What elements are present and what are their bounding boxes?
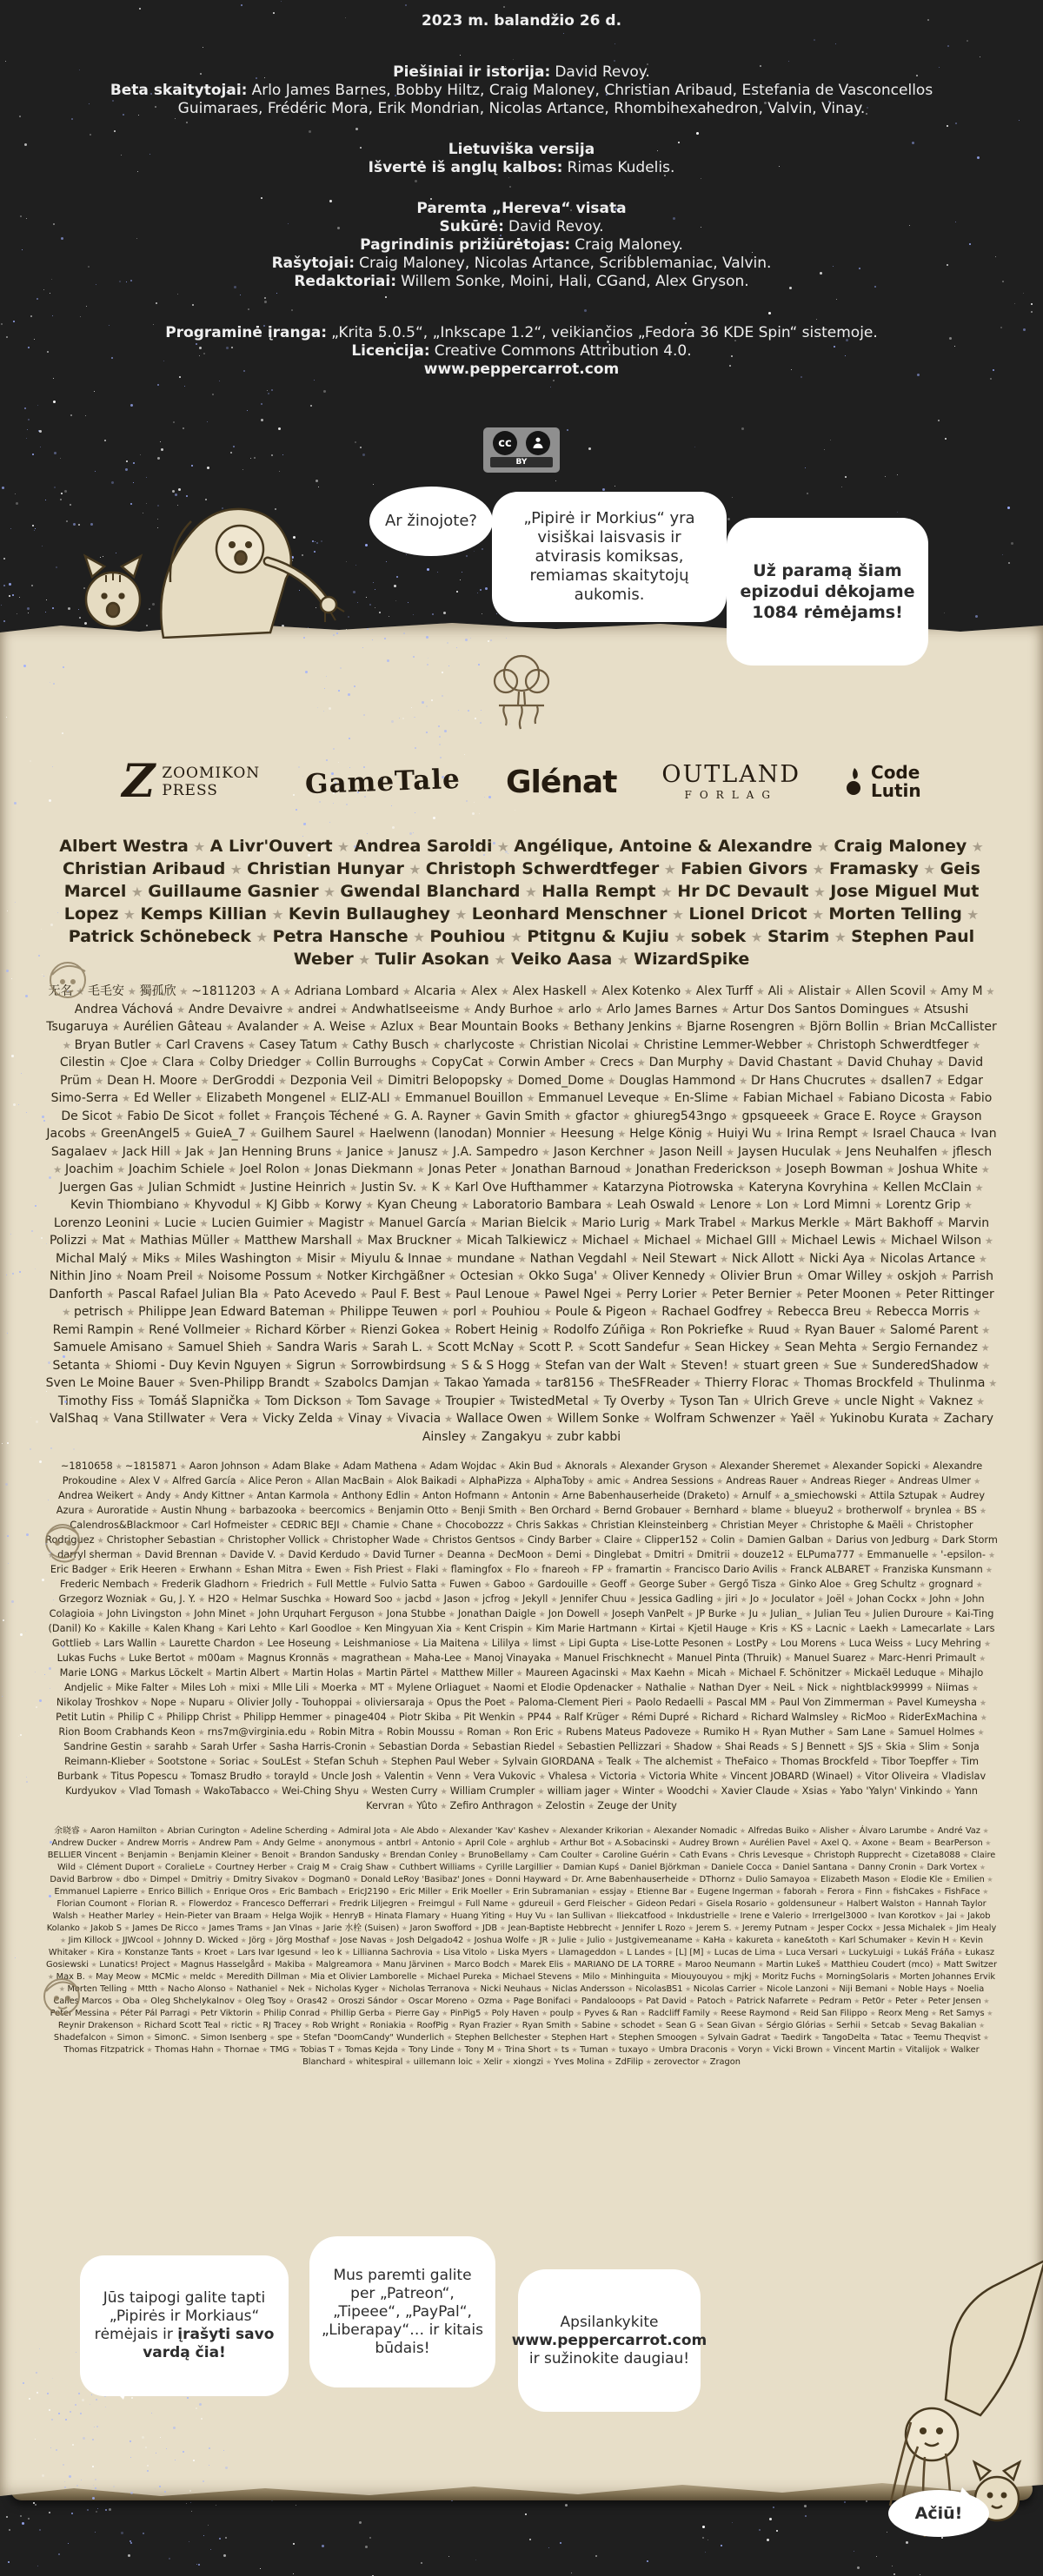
art-credit: Piešiniai ir istorija:David Revoy. — [78, 63, 965, 82]
art-value: David Revoy. — [555, 63, 650, 81]
zoomikon-press-logo: Z ZOOMIKON PRESS — [122, 759, 260, 805]
license-label: Licencija: — [351, 342, 429, 360]
editors-label: Redaktoriai: — [294, 273, 396, 290]
backers-tier2-list: 无名 ★ 毛毛安 ★ 獨孤欣 ★ ~1811203 ★ A ★ Adriana … — [45, 983, 998, 1446]
codelutin-line1: Code — [871, 764, 921, 782]
backers-tier3-list: ~1810658 ★ ~1815871 ★ Aaron Johnson ★ Ad… — [45, 1460, 998, 1814]
gametale-logo: GameTale — [305, 764, 462, 800]
person-icon — [526, 431, 550, 455]
website-url: www.peppercarrot.com — [78, 361, 965, 379]
publisher-logos-row: Z ZOOMIKON PRESS GameTale Glénat OUTLAND… — [45, 742, 998, 822]
speech-bubble-become-supporter: Jūs taipogi galite tapti „Pipirės ir Mor… — [80, 2255, 289, 2396]
lutin-icon — [846, 767, 865, 797]
translation-credit: Išvertė iš anglų kalbos:Rimas Kudelis. — [78, 159, 965, 177]
speech-bubble-free-comic: „Pipirė ir Morkius“ yra visiškai laisvas… — [492, 492, 727, 622]
cc-icon: cc — [493, 431, 517, 455]
speech-bubble-supporters-count: Už paramą šiam epizodui dėkojame 1084 rė… — [727, 518, 928, 666]
footer-website-url: www.peppercarrot.com — [512, 2332, 708, 2349]
margin-doodle-2 — [37, 1508, 89, 1585]
writers-label: Rašytojai: — [272, 255, 355, 272]
cc-by-label: BY — [490, 457, 554, 467]
translation-value: Rimas Kudelis. — [568, 159, 675, 176]
software-credit: Programinė įranga:„Krita 5.0.5“, „Inksca… — [78, 324, 965, 342]
beta-label: Beta skaitytojai: — [110, 82, 248, 99]
cat-ear-icon — [85, 556, 104, 577]
bubble-thanks-text: Ačiū! — [915, 2504, 963, 2523]
outland-line1: OUTLAND — [661, 763, 801, 786]
license-credit: Licencija:Creative Commons Attribution 4… — [78, 342, 965, 361]
bubble-join-text: Jūs taipogi galite tapti „Pipirės ir Mor… — [92, 2289, 276, 2362]
creator-label: Sukūrė: — [439, 218, 503, 235]
margin-doodle-3 — [35, 1960, 87, 2036]
software-label: Programinė įranga: — [165, 324, 327, 341]
zoomikon-line1: ZOOMIKON — [162, 765, 260, 782]
speech-bubble-did-you-know: Ar žinojote? — [369, 487, 493, 556]
speech-bubble-visit-site: Apsilankykite www.peppercarrot.com ir su… — [518, 2269, 701, 2412]
zoomikon-z-icon: Z — [122, 759, 155, 805]
bubble-support-text: Už paramą šiam epizodui dėkojame 1084 rė… — [739, 560, 916, 623]
glenat-logo: Glénat — [506, 765, 616, 800]
creator-credit: Sukūrė:David Revoy. — [78, 218, 965, 236]
outland-line2: FORLAG — [661, 789, 801, 801]
beta-value: Arlo James Barnes, Bobby Hiltz, Craig Ma… — [178, 82, 933, 117]
parchment-scroll: Z ZOOMIKON PRESS GameTale Glénat OUTLAND… — [0, 620, 1043, 2504]
code-lutin-logo: Code Lutin — [846, 764, 921, 800]
writers-credit: Rašytojai:Craig Maloney, Nicolas Artance… — [78, 255, 965, 273]
backers-tier4-list: 余晓睿 ★ Aaron Hamilton ★ Abrian Curington … — [45, 1825, 998, 2069]
maintainer-label: Pagrindinis prižiūrėtojas: — [360, 236, 570, 254]
bubble-know-text: Ar žinojote? — [385, 512, 477, 531]
bubble-ways-text: Mus paremti galite per „Patreon“, „Tipee… — [322, 2267, 483, 2358]
backers-tier1-list: Albert Westra ★ A Livr'Ouvert ★ Andrea S… — [49, 836, 994, 971]
margin-doodle-1 — [40, 945, 92, 1022]
lt-version-title: Lietuviška versija — [78, 141, 965, 159]
editors-value: Willem Sonke, Moini, Hali, CGand, Alex G… — [401, 273, 749, 290]
cc-badge-icons: cc — [493, 431, 550, 455]
outland-forlag-logo: OUTLAND FORLAG — [661, 763, 801, 801]
writers-value: Craig Maloney, Nicolas Artance, Scribble… — [359, 255, 771, 272]
episode-date: 2023 m. balandžio 26 d. — [78, 12, 965, 30]
hereva-tree-logo-icon — [473, 650, 570, 733]
translation-label: Išvertė iš anglų kalbos: — [369, 159, 563, 176]
software-value: „Krita 5.0.5“, „Inkscape 1.2“, veikianči… — [331, 324, 878, 341]
bubble-free-text: „Pipirė ir Morkius“ yra visiškai laisvas… — [504, 509, 714, 605]
hereva-title: Paremta „Hereva“ visata — [78, 200, 965, 218]
zoomikon-line2: PRESS — [162, 782, 260, 799]
license-value: Creative Commons Attribution 4.0. — [435, 342, 692, 360]
bubble-visit-text: Apsilankykite www.peppercarrot.com ir su… — [512, 2314, 708, 2368]
parchment-content: Z ZOOMIKON PRESS GameTale Glénat OUTLAND… — [0, 620, 1043, 2504]
speech-bubble-thanks: Ačiū! — [888, 2490, 989, 2537]
editors-credit: Redaktoriai:Willem Sonke, Moini, Hali, C… — [78, 273, 965, 291]
speech-bubble-payment-ways: Mus paremti galite per „Patreon“, „Tipee… — [309, 2236, 495, 2387]
art-label: Piešiniai ir istorija: — [393, 63, 550, 81]
pepper-and-carrot-top-illustration — [61, 469, 382, 639]
credits-page: 2023 m. balandžio 26 d. Piešiniai ir ist… — [0, 0, 1043, 2576]
credits-header: 2023 m. balandžio 26 d. Piešiniai ir ist… — [0, 12, 1043, 379]
creator-value: David Revoy. — [508, 218, 604, 235]
maintainer-credit: Pagrindinis prižiūrėtojas:Craig Maloney. — [78, 236, 965, 255]
cc-by-badge: cc BY — [483, 427, 560, 473]
beta-credit: Beta skaitytojai:Arlo James Barnes, Bobb… — [78, 82, 965, 118]
maintainer-value: Craig Maloney. — [575, 236, 683, 254]
codelutin-line2: Lutin — [871, 782, 921, 800]
